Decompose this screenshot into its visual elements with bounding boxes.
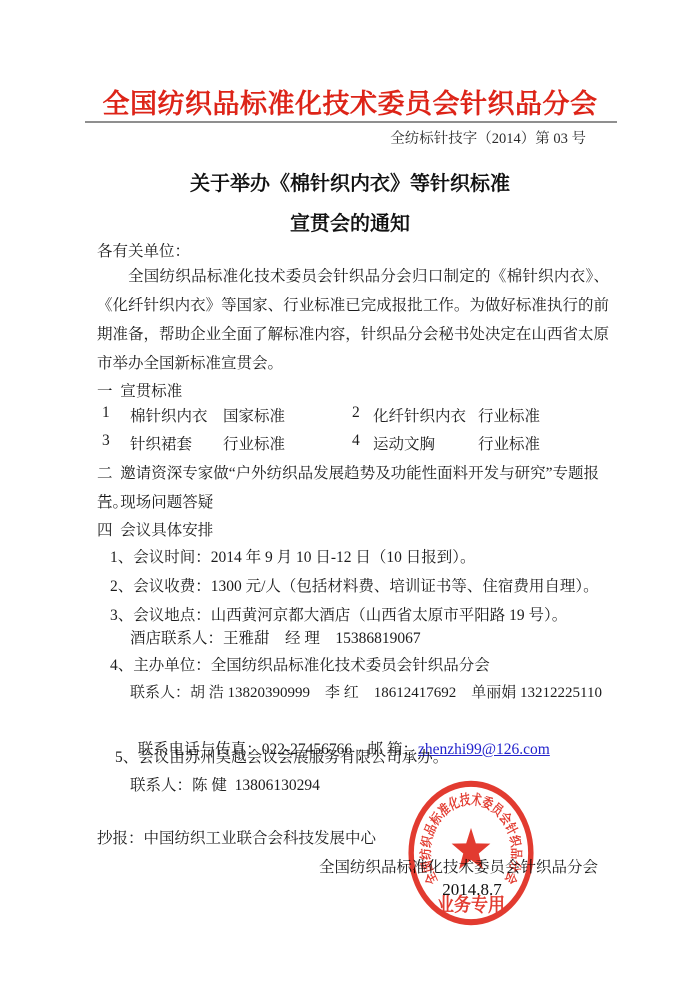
arrangement-item-organizer: 4、主办单位：全国纺织品标准化技术委员会针织品分会	[110, 651, 622, 680]
standard-name: 运动文胸	[373, 432, 435, 454]
standard-name: 棉针织内衣	[130, 404, 208, 426]
standards-row: 3 针织裙套 行业标准 4 运动文胸 行业标准	[97, 432, 609, 454]
intro-paragraph: 全国纺织品标准化技术委员会针织品分会归口制定的《棉针织内衣》、《化纤针织内衣》等…	[97, 262, 609, 378]
standard-type: 国家标准	[223, 404, 285, 426]
standard-type: 行业标准	[478, 404, 540, 426]
standard-type: 行业标准	[478, 432, 540, 454]
arrangement-item-undertaker: 5、会议由苏州吴越会议会展服务有限公司承办。	[115, 743, 627, 772]
standard-no: 2	[352, 404, 360, 422]
header-divider	[85, 121, 617, 123]
section-1-heading: 一 宣贯标准	[97, 377, 609, 406]
section-3-heading: 三 现场问题答疑	[97, 488, 609, 517]
arrangement-item-fee: 2、会议收费：1300 元/人（包括材料费、培训证书等、住宿费用自理）。	[110, 572, 622, 601]
section-4-heading: 四 会议具体安排	[97, 516, 609, 545]
org-header-title: 全国纺织品标准化技术委员会针织品分会	[0, 82, 700, 121]
notice-title-line2: 宣贯会的通知	[0, 207, 700, 236]
standard-name: 化纤针织内衣	[373, 404, 466, 426]
document-page: { "colors": { "header_red": "#dd2418", "…	[0, 0, 700, 990]
organizer-contacts: 联系人：胡 浩 13820390999 李 红 18612417692 单丽娟 …	[130, 679, 630, 708]
notice-title-line1: 关于举办《棉针织内衣》等针织标准	[0, 167, 700, 196]
arrangement-item-time: 1、会议时间：2014 年 9 月 10 日-12 日（10 日报到）。	[110, 543, 622, 572]
star-icon	[452, 828, 491, 869]
official-stamp: 全国纺织品标准化技术委员会针织品分会 业务专用	[403, 777, 539, 929]
stamp-bottom-text: 业务专用	[437, 893, 505, 915]
standard-no: 1	[102, 404, 110, 422]
undertaker-contact: 联系人：陈 健 13806130294	[130, 771, 620, 800]
standard-name: 针织裙套	[130, 432, 192, 454]
document-number: 全纺标针技字（2014）第 03 号	[85, 127, 586, 148]
standard-type: 行业标准	[223, 432, 285, 454]
standard-no: 4	[352, 432, 360, 450]
hotel-contact: 酒店联系人：王雅甜 经 理 15386819067	[130, 624, 620, 653]
standards-row: 1 棉针织内衣 国家标准 2 化纤针织内衣 行业标准	[97, 404, 609, 426]
standard-no: 3	[102, 432, 110, 450]
